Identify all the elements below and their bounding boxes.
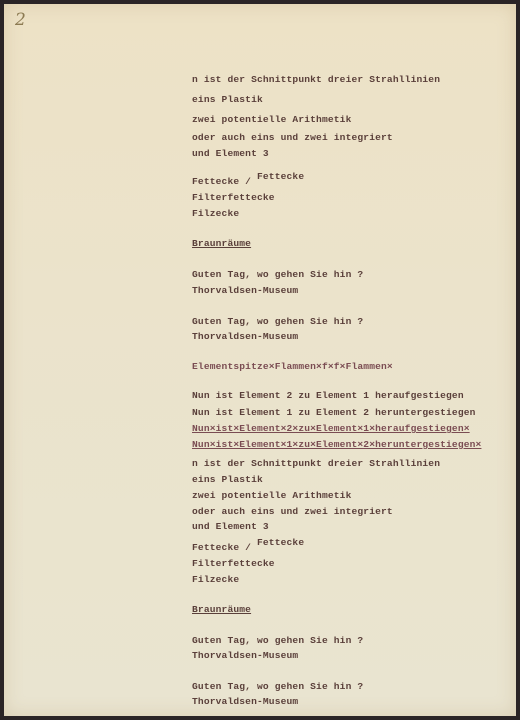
text-fragment: Fettecke / <box>192 542 257 553</box>
text-line: Nun ist Element 1 zu Element 2 herunterg… <box>192 407 476 418</box>
text-line: Thorvaldsen-Museum <box>192 331 298 342</box>
text-line: Guten Tag, wo gehen Sie hin ? <box>192 635 363 646</box>
text-line: n ist der Schnittpunkt dreier Strahllini… <box>192 74 440 85</box>
text-line: Fettecke / Fettecke <box>192 176 304 187</box>
text-line: Filterfettecke <box>192 192 275 203</box>
text-line: Thorvaldsen-Museum <box>192 696 298 707</box>
text-line: Guten Tag, wo gehen Sie hin ? <box>192 316 363 327</box>
text-line: Filzecke <box>192 574 239 585</box>
text-fragment: Fettecke / <box>192 176 257 187</box>
text-line: Guten Tag, wo gehen Sie hin ? <box>192 269 363 280</box>
text-line: Fettecke / Fettecke <box>192 542 304 553</box>
text-line: zwei potentielle Arithmetik <box>192 490 352 501</box>
section-heading: Braunräume <box>192 238 251 249</box>
superscript-fragment: Fettecke <box>257 537 304 548</box>
text-line: Nun ist Element 2 zu Element 1 heraufges… <box>192 390 464 401</box>
typewritten-page: 2 n ist der Schnittpunkt dreier Strahlli… <box>4 4 516 716</box>
text-line: Filterfettecke <box>192 558 275 569</box>
text-line: oder auch eins und zwei integriert <box>192 132 393 143</box>
typed-text-block: n ist der Schnittpunkt dreier Strahllini… <box>192 4 520 367</box>
section-heading: Braunräume <box>192 604 251 615</box>
struck-line: Nun×ist×Element×1×zu×Element×2×herunterg… <box>192 439 481 450</box>
text-line: Filzecke <box>192 208 239 219</box>
text-line: Thorvaldsen-Museum <box>192 285 298 296</box>
text-line: und Element 3 <box>192 148 269 159</box>
page-number: 2 <box>15 10 26 30</box>
struck-line: Elementspitze×Flammen×f×f×Flammen× <box>192 361 393 372</box>
text-line: Thorvaldsen-Museum <box>192 650 298 661</box>
text-line: zwei potentielle Arithmetik <box>192 114 352 125</box>
text-line: oder auch eins und zwei integriert <box>192 506 393 517</box>
text-line: Guten Tag, wo gehen Sie hin ? <box>192 681 363 692</box>
text-line: eins Plastik <box>192 474 263 485</box>
superscript-fragment: Fettecke <box>257 171 304 182</box>
text-line: eins Plastik <box>192 94 263 105</box>
text-line: n ist der Schnittpunkt dreier Strahllini… <box>192 458 440 469</box>
text-line: und Element 3 <box>192 521 269 532</box>
struck-line: Nun×ist×Element×2×zu×Element×1×heraufges… <box>192 423 470 434</box>
